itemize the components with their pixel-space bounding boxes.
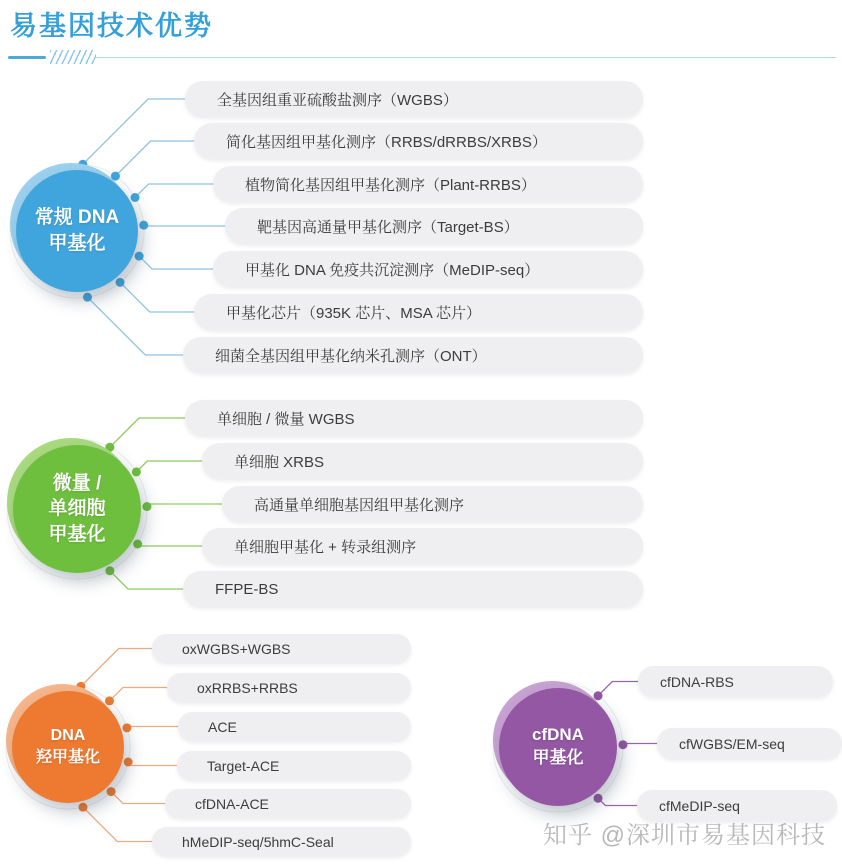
pill-label: cfMeDIP-seq bbox=[659, 798, 740, 814]
pill-label: 植物简化基因组甲基化测序（Plant-RRBS） bbox=[245, 174, 536, 195]
pill-label: FFPE-BS bbox=[215, 581, 278, 598]
connector-line bbox=[147, 504, 224, 507]
connector-dot bbox=[142, 502, 151, 511]
connector-line bbox=[83, 807, 154, 841]
pill-label: 高通量单细胞基因组甲基化测序 bbox=[254, 494, 464, 515]
circle-label: 微量 / 单细胞 甲基化 bbox=[48, 471, 105, 548]
connector-line bbox=[87, 297, 185, 355]
category-circle-dna-hydroxymethylation: DNA 羟甲基化 bbox=[12, 691, 124, 803]
pill-item-conventional-dna-methylation-3: 靶基因高通量甲基化测序（Target-BS） bbox=[225, 208, 643, 244]
pill-label: oxWGBS+WGBS bbox=[182, 641, 291, 657]
pill-item-dna-hydroxymethylation-4: cfDNA-ACE bbox=[165, 789, 411, 818]
connector-line bbox=[139, 256, 215, 269]
pill-label: cfWGBS/EM-seq bbox=[679, 736, 785, 752]
pill-label: 甲基化 DNA 免疫共沉淀测序（MeDIP-seq） bbox=[245, 259, 539, 280]
pill-item-conventional-dna-methylation-6: 细菌全基因组甲基化纳米孔测序（ONT） bbox=[183, 337, 643, 373]
circle-body: cfDNA 甲基化 bbox=[499, 688, 617, 806]
pill-item-trace-single-cell-methylation-3: 单细胞甲基化 + 转录组测序 bbox=[202, 528, 643, 564]
connector-line bbox=[83, 99, 187, 164]
pill-item-conventional-dna-methylation-0: 全基因组重亚硫酸盐测序（WGBS） bbox=[185, 81, 643, 117]
pill-item-dna-hydroxymethylation-1: oxRRBS+RRBS bbox=[167, 673, 411, 702]
connector-line bbox=[623, 744, 659, 745]
pill-label: 甲基化芯片（935K 芯片、MSA 芯片） bbox=[226, 302, 481, 323]
connector-line bbox=[138, 544, 204, 546]
pill-label: Target-ACE bbox=[207, 758, 279, 774]
connector-dot bbox=[124, 757, 133, 766]
watermark: 知乎 @深圳市易基因科技 bbox=[543, 815, 826, 850]
pill-item-trace-single-cell-methylation-0: 单细胞 / 微量 WGBS bbox=[185, 400, 643, 436]
connector-dot bbox=[139, 221, 148, 230]
pill-item-conventional-dna-methylation-2: 植物简化基因组甲基化测序（Plant-RRBS） bbox=[213, 166, 643, 202]
circle-body: 微量 / 单细胞 甲基化 bbox=[13, 445, 141, 573]
pill-label: 细菌全基因组甲基化纳米孔测序（ONT） bbox=[215, 345, 487, 366]
circle-label: DNA 羟甲基化 bbox=[36, 725, 100, 768]
infographic-canvas: 易基因技术优势 全基因组重亚硫酸盐测序（WGBS）简化基因组甲基化测序（RRBS… bbox=[0, 0, 842, 866]
pill-label: cfDNA-RBS bbox=[660, 674, 734, 690]
pill-item-dna-hydroxymethylation-2: ACE bbox=[178, 712, 411, 741]
pill-label: hMeDIP-seq/5hmC-Seal bbox=[182, 834, 334, 850]
connector-line bbox=[144, 225, 227, 226]
circle-label: cfDNA 甲基化 bbox=[532, 724, 584, 770]
pill-item-trace-single-cell-methylation-2: 高通量单细胞基因组甲基化测序 bbox=[222, 486, 643, 522]
pill-label: 单细胞 XRBS bbox=[234, 451, 324, 472]
connector-line bbox=[81, 649, 154, 687]
pill-item-conventional-dna-methylation-4: 甲基化 DNA 免疫共沉淀测序（MeDIP-seq） bbox=[213, 251, 643, 287]
connector-dot bbox=[83, 293, 92, 302]
pill-label: oxRRBS+RRBS bbox=[197, 680, 298, 696]
pill-item-dna-hydroxymethylation-3: Target-ACE bbox=[177, 751, 411, 780]
pill-label: 简化基因组甲基化测序（RRBS/dRRBS/XRBS） bbox=[226, 131, 547, 152]
pill-label: 单细胞 / 微量 WGBS bbox=[217, 408, 355, 429]
pill-label: 单细胞甲基化 + 转录组测序 bbox=[234, 536, 416, 557]
connector-dot bbox=[618, 740, 627, 749]
pill-label: 靶基因高通量甲基化测序（Target-BS） bbox=[257, 216, 519, 237]
connector-line bbox=[135, 184, 215, 198]
category-circle-cfdna-methylation: cfDNA 甲基化 bbox=[499, 688, 617, 806]
pill-item-trace-single-cell-methylation-4: FFPE-BS bbox=[183, 571, 643, 607]
pill-item-conventional-dna-methylation-1: 简化基因组甲基化测序（RRBS/dRRBS/XRBS） bbox=[194, 123, 643, 159]
connector-dot bbox=[78, 803, 87, 812]
connector-line bbox=[128, 762, 179, 766]
connector-line bbox=[127, 727, 180, 728]
pill-label: cfDNA-ACE bbox=[195, 796, 269, 812]
pill-label: 全基因组重亚硫酸盐测序（WGBS） bbox=[217, 89, 458, 110]
pill-item-dna-hydroxymethylation-0: oxWGBS+WGBS bbox=[152, 634, 411, 663]
pill-item-dna-hydroxymethylation-5: hMeDIP-seq/5hmC-Seal bbox=[152, 827, 411, 856]
pill-item-trace-single-cell-methylation-1: 单细胞 XRBS bbox=[202, 443, 643, 479]
circle-body: DNA 羟甲基化 bbox=[12, 691, 124, 803]
pill-item-cfdna-methylation-1: cfWGBS/EM-seq bbox=[657, 728, 842, 759]
connector-line bbox=[110, 571, 185, 589]
category-circle-trace-single-cell-methylation: 微量 / 单细胞 甲基化 bbox=[13, 445, 141, 573]
connector-line bbox=[110, 418, 187, 447]
pill-label: ACE bbox=[208, 719, 237, 735]
pill-item-conventional-dna-methylation-5: 甲基化芯片（935K 芯片、MSA 芯片） bbox=[194, 294, 643, 330]
category-circle-conventional-dna-methylation: 常规 DNA 甲基化 bbox=[16, 170, 138, 292]
pill-item-cfdna-methylation-0: cfDNA-RBS bbox=[638, 666, 833, 697]
connector-line bbox=[136, 461, 204, 472]
circle-label: 常规 DNA 甲基化 bbox=[35, 205, 119, 256]
circle-body: 常规 DNA 甲基化 bbox=[16, 170, 138, 292]
